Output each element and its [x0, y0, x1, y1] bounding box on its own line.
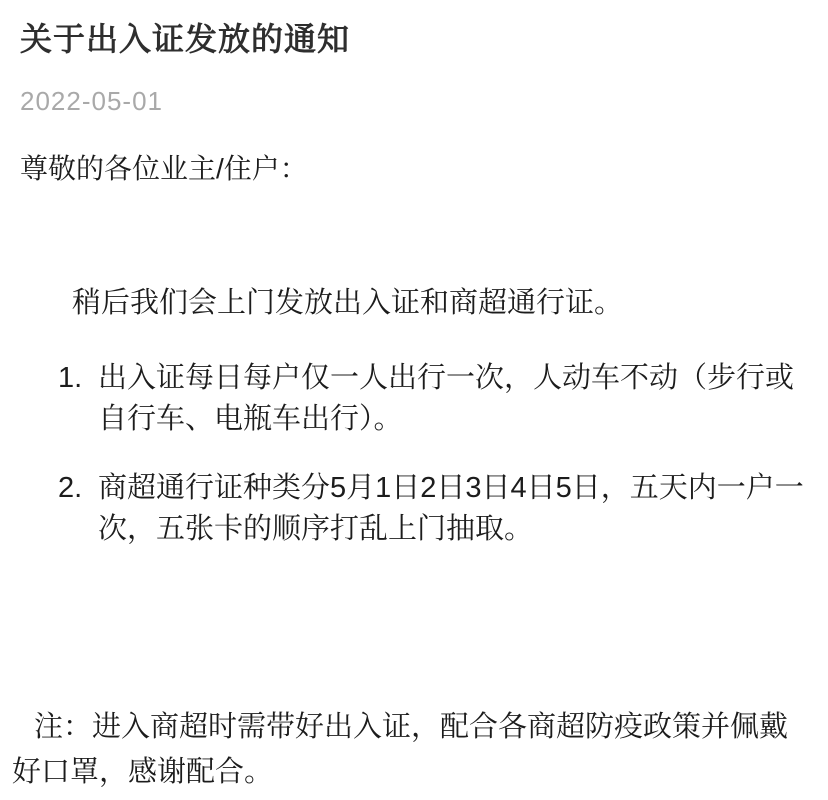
list-item-text: 商超通行证种类分5月1日2日3日4日5日，五天内一户一次，五张卡的顺序打乱上门抽… [98, 468, 810, 550]
notice-document: 关于出入证发放的通知 2022-05-01 尊敬的各位业主/住户： 稍后我们会上… [0, 0, 828, 800]
list-item: 2. 商超通行证种类分5月1日2日3日4日5日，五天内一户一次，五张卡的顺序打乱… [20, 468, 810, 550]
list-item: 1. 出入证每日每户仅一人出行一次，人动车不动（步行或自行车、电瓶车出行）。 [20, 358, 810, 440]
greeting-line: 尊敬的各位业主/住户： [20, 153, 810, 185]
note-paragraph: 注：进入商超时需带好出入证，配合各商超防疫政策并佩戴好口罩，感谢配合。 [12, 705, 810, 795]
rules-list: 1. 出入证每日每户仅一人出行一次，人动车不动（步行或自行车、电瓶车出行）。 2… [20, 358, 810, 550]
list-item-number: 2. [58, 468, 98, 509]
list-item-text: 出入证每日每户仅一人出行一次，人动车不动（步行或自行车、电瓶车出行）。 [98, 358, 810, 440]
notice-date: 2022-05-01 [20, 87, 810, 115]
intro-paragraph: 稍后我们会上门发放出入证和商超通行证。 [20, 287, 810, 319]
notice-title: 关于出入证发放的通知 [20, 22, 810, 56]
list-item-number: 1. [58, 358, 98, 399]
